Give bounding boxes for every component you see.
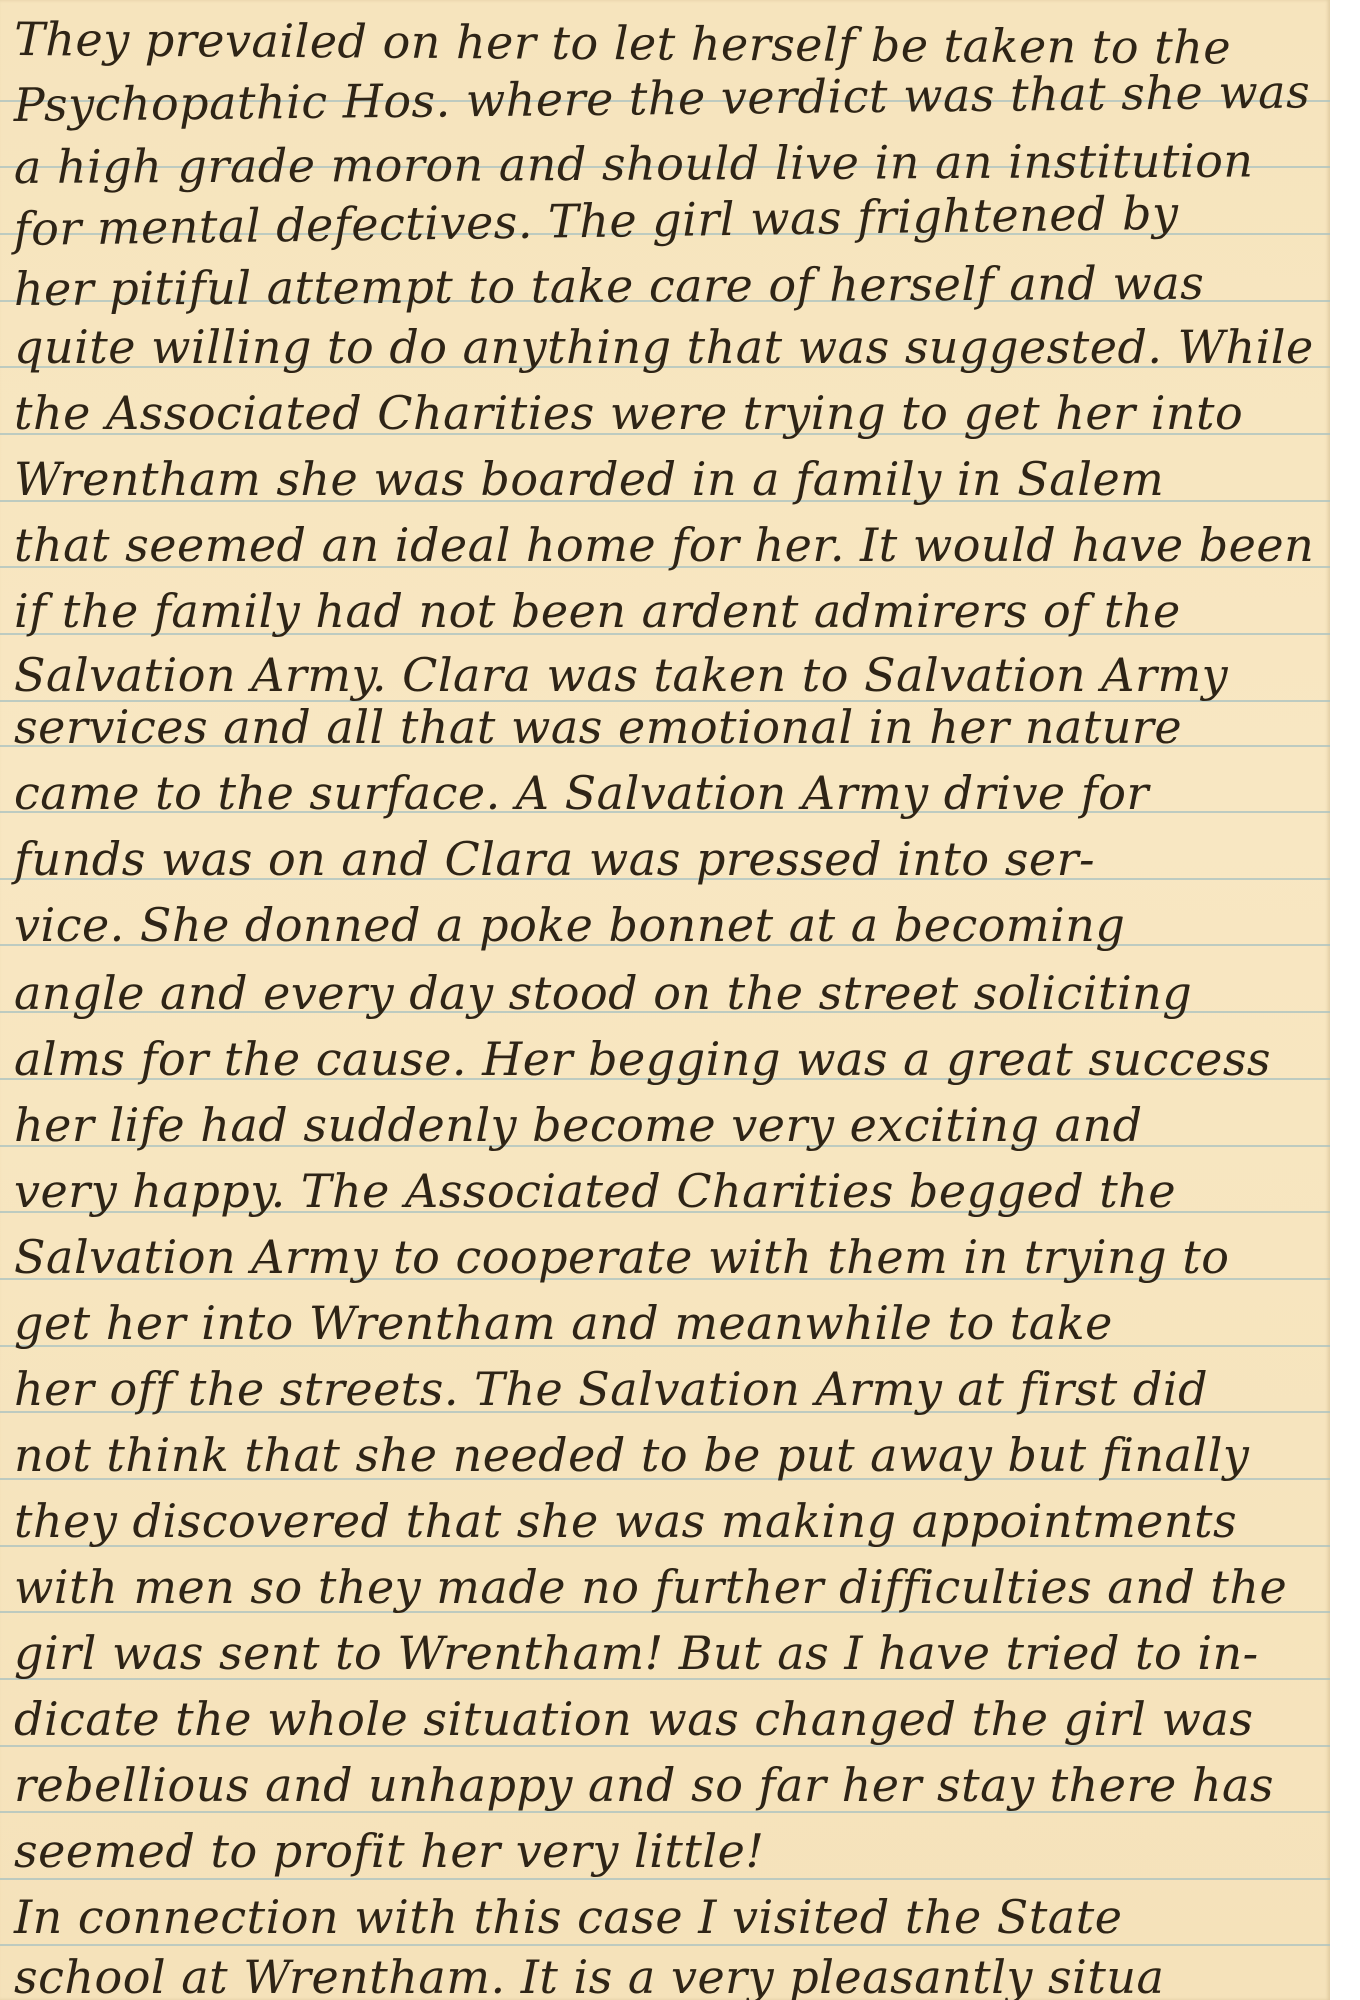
manuscript-line: for mental defectives. The girl was frig… [13, 186, 1179, 256]
manuscript-line: if the family had not been ardent admire… [14, 584, 1181, 638]
manuscript-line: not think that she needed to be put away… [14, 1428, 1249, 1482]
manuscript-line: girl was sent to Wrentham! But as I have… [14, 1626, 1259, 1680]
manuscript-line: the Associated Charities were trying to … [14, 386, 1243, 440]
manuscript-line: vice. She donned a poke bonnet at a beco… [14, 898, 1125, 952]
manuscript-line: alms for the cause. Her begging was a gr… [14, 1032, 1271, 1086]
manuscript-line: her off the streets. The Salvation Army … [14, 1362, 1208, 1416]
manuscript-line: came to the surface. A Salvation Army dr… [14, 766, 1149, 820]
manuscript-line: quite willing to do anything that was su… [14, 320, 1314, 374]
manuscript-line: a high grade moron and should live in an… [14, 134, 1254, 194]
manuscript-line: Psychopathic Hos. where the verdict was … [13, 64, 1310, 132]
manuscript-line: services and all that was emotional in h… [14, 700, 1182, 754]
manuscript-line: In connection with this case I visited t… [14, 1890, 1122, 1944]
manuscript-line: Wrentham she was boarded in a family in … [14, 452, 1164, 506]
manuscript-line: with men so they made no further difficu… [14, 1560, 1287, 1614]
manuscript-line: get her into Wrentham and meanwhile to t… [14, 1296, 1113, 1350]
manuscript-line: Salvation Army to cooperate with them in… [14, 1230, 1229, 1284]
ruled-line [0, 1878, 1330, 1880]
manuscript-line: Salvation Army. Clara was taken to Salva… [14, 648, 1228, 702]
manuscript-line: school at Wrentham. It is a very pleasan… [14, 1950, 1164, 2000]
manuscript-line: They prevailed on her to let herself be … [14, 12, 1231, 74]
manuscript-line: they discovered that she was making appo… [14, 1494, 1237, 1548]
manuscript-line: dicate the whole situation was changed t… [14, 1692, 1253, 1746]
manuscript-line: her pitiful attempt to take care of hers… [14, 256, 1205, 316]
manuscript-line: that seemed an ideal home for her. It wo… [14, 518, 1314, 572]
manuscript-page: They prevailed on her to let herself be … [0, 0, 1330, 2000]
manuscript-line: rebellious and unhappy and so far her st… [14, 1758, 1274, 1812]
manuscript-line: funds was on and Clara was pressed into … [14, 832, 1095, 886]
manuscript-line: her life had suddenly become very exciti… [14, 1098, 1143, 1152]
manuscript-line: very happy. The Associated Charities beg… [14, 1164, 1176, 1218]
manuscript-line: seemed to profit her very little! [14, 1824, 764, 1878]
manuscript-line: angle and every day stood on the street … [14, 966, 1192, 1020]
ruled-line [0, 1944, 1330, 1946]
